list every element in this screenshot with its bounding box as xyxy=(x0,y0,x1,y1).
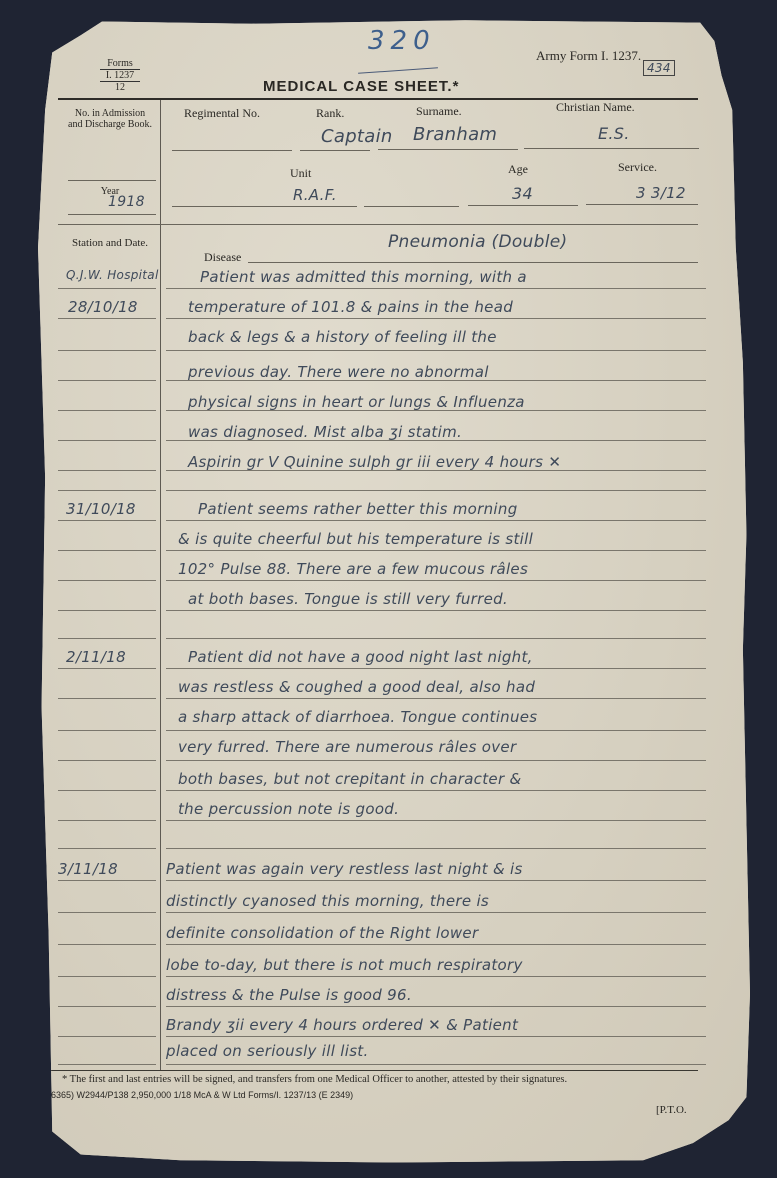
ruled-line xyxy=(58,1006,156,1007)
ruled-line xyxy=(58,440,156,441)
ruled-line xyxy=(166,318,706,319)
ruled-line xyxy=(58,760,156,761)
entry-line: Patient did not have a good night last n… xyxy=(188,648,533,666)
print-info: (6365) W2944/P138 2,950,000 1/18 McA & W… xyxy=(48,1090,353,1100)
surname-value: Branham xyxy=(413,124,497,145)
service-label: Service. xyxy=(618,160,657,175)
entry-date: 31/10/18 xyxy=(66,500,136,518)
entry-line: both bases, but not crepitant in charact… xyxy=(178,770,521,788)
ruled-line xyxy=(166,820,706,821)
age-value: 34 xyxy=(512,184,533,203)
surname-label: Surname. xyxy=(416,104,462,119)
admission-book-label: No. in Admission and Discharge Book. xyxy=(68,108,152,130)
ruled-line xyxy=(58,318,156,319)
ruled-line xyxy=(166,912,706,913)
ruled-line xyxy=(166,944,706,945)
ruled-line xyxy=(58,1036,156,1037)
entry-date: 3/11/18 xyxy=(58,860,118,878)
ruled-line xyxy=(166,880,706,881)
entry-line: 102° Pulse 88. There are a few mucous râ… xyxy=(178,560,528,578)
please-turn-over: [P.T.O. xyxy=(656,1104,687,1116)
entry-line: lobe to-day, but there is not much respi… xyxy=(166,956,523,974)
entry-line: temperature of 101.8 & pains in the head xyxy=(188,298,513,316)
ruled-line xyxy=(58,490,156,491)
entry-line: was diagnosed. Mist alba ʒi statim. xyxy=(188,423,462,441)
ruled-line xyxy=(58,610,156,611)
ruled-line xyxy=(58,470,156,471)
ruled-line xyxy=(166,610,706,611)
medical-case-sheet: 320 Forms I. 1237 12 MEDICAL CASE SHEET.… xyxy=(38,18,750,1166)
ruled-line xyxy=(166,580,706,581)
ruled-line xyxy=(58,848,156,849)
ruled-line xyxy=(58,580,156,581)
ruled-line xyxy=(58,380,156,381)
rank-label: Rank. xyxy=(316,106,344,121)
ruled-line xyxy=(166,848,706,849)
entry-line: physical signs in heart or lungs & Influ… xyxy=(188,393,525,411)
service-value: 3 3/12 xyxy=(636,184,686,202)
entry-line: a sharp attack of diarrhoea. Tongue cont… xyxy=(178,708,537,726)
ruled-line xyxy=(58,976,156,977)
entry-date: 28/10/18 xyxy=(68,298,138,316)
ruled-line xyxy=(58,880,156,881)
ruled-line xyxy=(166,550,706,551)
ruled-line xyxy=(166,1006,706,1007)
entry-line: back & legs & a history of feeling ill t… xyxy=(188,328,497,346)
entry-line: placed on seriously ill list. xyxy=(166,1042,369,1060)
disease-label: Disease xyxy=(204,250,241,265)
ruled-line xyxy=(58,820,156,821)
ruled-line xyxy=(58,944,156,945)
ruled-line xyxy=(166,288,706,289)
unit-value: R.A.F. xyxy=(293,186,337,204)
ruled-line xyxy=(166,698,706,699)
page-number: 320 xyxy=(368,26,436,56)
army-form-number: Army Form I. 1237. xyxy=(536,48,641,64)
disease-value: Pneumonia (Double) xyxy=(388,232,567,252)
ruled-line xyxy=(166,520,706,521)
entry-station: Q.J.W. Hospital xyxy=(66,268,159,282)
entry-date: 2/11/18 xyxy=(66,648,126,666)
entry-line: the percussion note is good. xyxy=(178,800,399,818)
ruled-line xyxy=(166,790,706,791)
year-value: 1918 xyxy=(108,194,145,210)
ruled-line xyxy=(58,288,156,289)
forms-reference: Forms I. 1237 12 xyxy=(100,58,140,93)
ruled-line xyxy=(58,730,156,731)
christian-name-label: Christian Name. xyxy=(556,100,635,115)
ruled-line xyxy=(166,668,706,669)
entry-line: & is quite cheerful but his temperature … xyxy=(178,530,533,548)
ruled-line xyxy=(166,638,706,639)
ruled-line xyxy=(58,550,156,551)
entry-line: Aspirin gr V Quinine sulph gr iii every … xyxy=(188,453,561,471)
regimental-no-label: Regimental No. xyxy=(184,106,260,121)
ruled-line xyxy=(166,350,706,351)
ruled-line xyxy=(166,760,706,761)
ruled-line xyxy=(166,1036,706,1037)
ruled-line xyxy=(58,912,156,913)
ruled-line xyxy=(58,638,156,639)
boxed-number: 434 xyxy=(643,60,675,76)
unit-label: Unit xyxy=(290,166,311,181)
ruled-line xyxy=(166,490,706,491)
station-date-label: Station and Date. xyxy=(68,238,152,249)
ruled-line xyxy=(58,350,156,351)
entry-line: very furred. There are numerous râles ov… xyxy=(178,738,516,756)
ruled-line xyxy=(58,410,156,411)
entry-line: distinctly cyanosed this morning, there … xyxy=(166,892,489,910)
ruled-line xyxy=(166,1064,706,1065)
christian-name-value: E.S. xyxy=(598,124,630,143)
page-title: MEDICAL CASE SHEET.* xyxy=(263,78,459,95)
ruled-line xyxy=(58,698,156,699)
entry-line: previous day. There were no abnormal xyxy=(188,363,489,381)
entry-line: Patient was again very restless last nig… xyxy=(166,860,523,878)
footer-note: * The first and last entries will be sig… xyxy=(62,1074,567,1085)
ruled-line xyxy=(58,668,156,669)
entry-line: definite consolidation of the Right lowe… xyxy=(166,924,478,942)
entry-line: Patient seems rather better this morning xyxy=(198,500,518,518)
entry-line: Brandy ʒii every 4 hours ordered ✕ & Pat… xyxy=(166,1016,518,1034)
entry-line: was restless & coughed a good deal, also… xyxy=(178,678,535,696)
ruled-line xyxy=(58,1064,156,1065)
entry-line: Patient was admitted this morning, with … xyxy=(200,268,527,286)
ruled-line xyxy=(166,730,706,731)
rank-value: Captain xyxy=(321,126,393,147)
ruled-line xyxy=(58,790,156,791)
entry-line: distress & the Pulse is good 96. xyxy=(166,986,412,1004)
ruled-line xyxy=(58,520,156,521)
entry-line: at both bases. Tongue is still very furr… xyxy=(188,590,508,608)
age-label: Age xyxy=(508,162,528,177)
ruled-line xyxy=(166,976,706,977)
